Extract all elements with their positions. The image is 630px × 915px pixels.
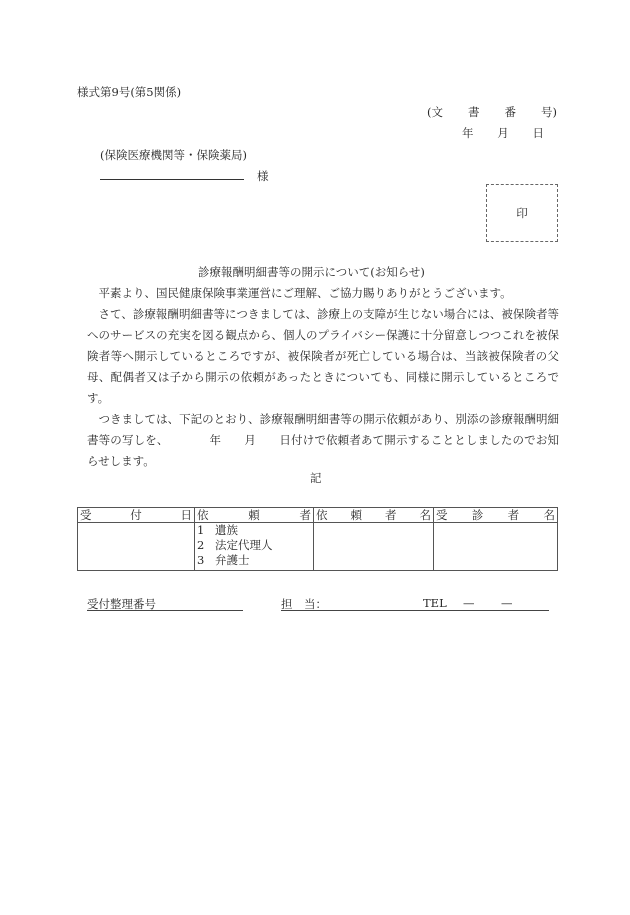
honorific: 様 (257, 168, 269, 184)
docnum-part: 号) (541, 104, 557, 120)
header-patient-name: 受 診 者 名 (434, 508, 558, 523)
option-number: 1 (197, 523, 215, 538)
receipt-date-cell[interactable] (78, 523, 195, 571)
header-char: 者 (300, 508, 312, 522)
tel-separator: — (463, 596, 475, 610)
header-char: 日 (181, 508, 193, 522)
header-char: 依 (197, 508, 209, 522)
header-char: 受 (436, 508, 448, 522)
date-field: 年 月 日 (462, 125, 544, 141)
seal-label: 印 (516, 205, 528, 221)
requester-option[interactable]: 2 法定代理人 (197, 538, 311, 553)
header-char: 依 (316, 508, 328, 522)
header-char: 者 (508, 508, 520, 522)
recipient-name-line (100, 179, 244, 180)
option-label: 法定代理人 (215, 538, 273, 553)
option-label: 遺族 (215, 523, 238, 538)
header-char: 名 (420, 508, 432, 522)
form-number: 様式第9号(第5関係) (77, 84, 181, 100)
header-requester: 依 頼 者 (195, 508, 314, 523)
header-char: 名 (543, 508, 555, 522)
header-requester-name: 依 頼 者 名 (314, 508, 434, 523)
header-char: 頼 (248, 508, 260, 522)
person-in-charge-field[interactable]: 担 当： TEL — — (281, 596, 549, 611)
patient-name-cell[interactable] (434, 523, 558, 571)
tel-label: TEL (423, 596, 447, 610)
table-row: 1 遺族 2 法定代理人 3 弁護士 (78, 523, 558, 571)
receipt-number-field[interactable]: 受付整理番号 (87, 596, 243, 611)
requester-option[interactable]: 3 弁護士 (197, 553, 311, 568)
seal-box: 印 (486, 184, 558, 242)
option-label: 弁護士 (215, 553, 250, 568)
table-header-row: 受 付 日 依 頼 者 依 頼 者 名 受 診 者 (78, 508, 558, 523)
tel-separator: — (501, 596, 513, 610)
ki-heading: 記 (310, 470, 322, 486)
docnum-part: 番 (505, 104, 517, 120)
paragraph-notice: つきましては、下記のとおり、診療報酬明細書等の開示依頼があり、別添の診療報酬明細… (87, 409, 559, 472)
document-title: 診療報酬明細書等の開示について(お知らせ) (198, 264, 425, 280)
paragraph-greeting: 平素より、国民健康保険事業運営にご理解、ご協力賜りありがとうございます。 (87, 283, 559, 304)
month-label: 月 (497, 125, 509, 141)
document-number-label: (文 書 番 号) (427, 104, 557, 120)
person-in-charge-label: 担 当： (281, 596, 327, 612)
header-char: 付 (130, 508, 142, 522)
option-number: 3 (197, 553, 215, 568)
receipt-number-label: 受付整理番号 (87, 597, 156, 611)
body-text: 平素より、国民健康保険事業運営にご理解、ご協力賜りありがとうございます。 さて、… (87, 283, 559, 472)
header-char: 受 (80, 508, 92, 522)
header-char: 頼 (351, 508, 363, 522)
header-receipt-date: 受 付 日 (78, 508, 195, 523)
request-table: 受 付 日 依 頼 者 依 頼 者 名 受 診 者 (77, 507, 558, 571)
header-char: 診 (472, 508, 484, 522)
requester-option[interactable]: 1 遺族 (197, 523, 311, 538)
day-label: 日 (533, 125, 545, 141)
header-char: 者 (385, 508, 397, 522)
option-number: 2 (197, 538, 215, 553)
docnum-part: (文 (427, 104, 443, 120)
requester-name-cell[interactable] (314, 523, 434, 571)
paragraph-explanation: さて、診療報酬明細書等につきましては、診療上の支障が生じない場合には、被保険者等… (87, 304, 559, 409)
recipient-org-label: (保険医療機関等・保険薬局) (100, 147, 247, 163)
year-label: 年 (462, 125, 474, 141)
requester-options-cell: 1 遺族 2 法定代理人 3 弁護士 (195, 523, 314, 571)
docnum-part: 書 (468, 104, 480, 120)
